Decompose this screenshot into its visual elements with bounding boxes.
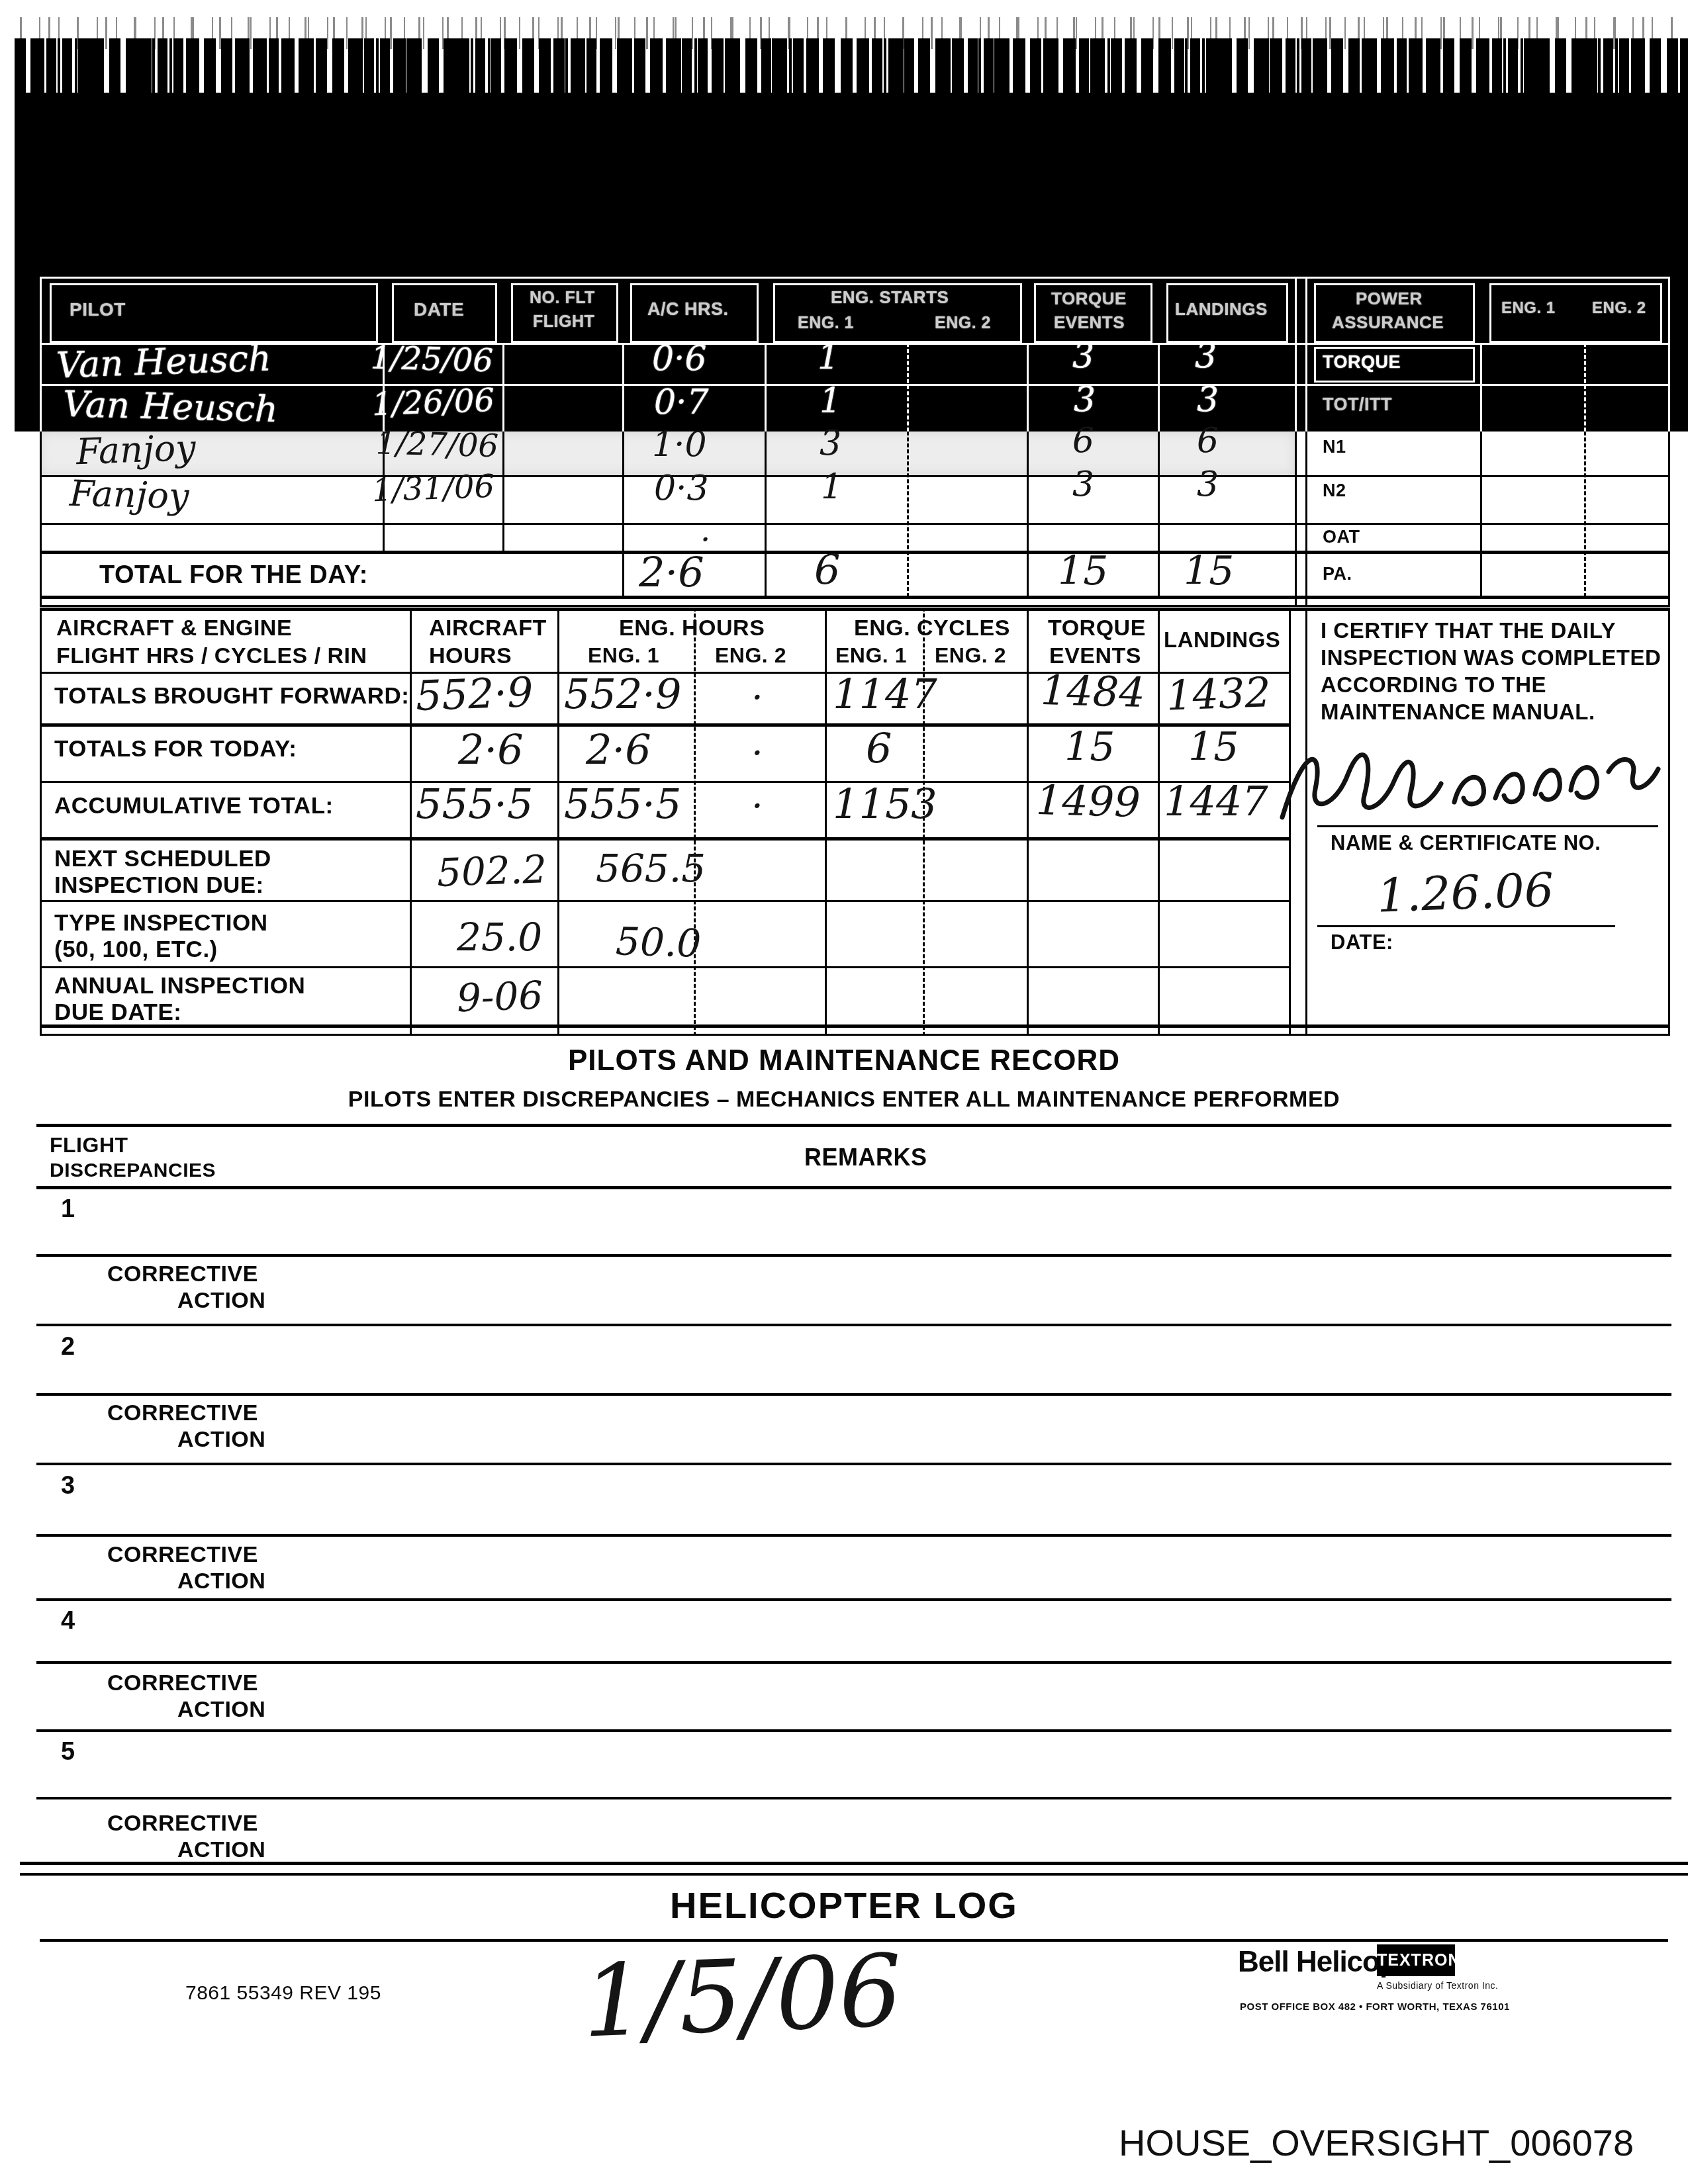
row-line	[36, 1393, 1671, 1396]
type-inspection-aircraft: 25.0	[457, 915, 542, 960]
grid-line	[40, 608, 42, 1036]
grid-line	[40, 1024, 1668, 1028]
row-line	[36, 1254, 1671, 1257]
next-inspection-eng1: 565.5	[596, 846, 706, 891]
name-certificate-label: NAME & CERTIFICATE NO.	[1331, 831, 1601, 855]
grid-line	[1027, 608, 1029, 1036]
col-pilot-label: PILOT	[70, 299, 126, 320]
discrepancy-number: 4	[61, 1607, 75, 1635]
next-inspection-label-1: NEXT SCHEDULED	[54, 846, 271, 872]
type-inspection-label-2: (50, 100, ETC.)	[54, 936, 218, 963]
grid-line	[1158, 343, 1160, 432]
grid-line	[1027, 432, 1029, 597]
name-signature-line	[1317, 825, 1658, 827]
brought-forward-label: TOTALS BROUGHT FORWARD:	[54, 683, 409, 709]
pa-row-n2: N2	[1323, 480, 1346, 501]
summary-engcycles-eng1: ENG. 1	[835, 643, 907, 668]
torque-entry: 3	[1072, 336, 1094, 376]
section-double-line	[20, 1873, 1688, 1876]
grid-line	[40, 523, 1668, 525]
row-line	[36, 1534, 1671, 1537]
grid-line-dashed	[1584, 343, 1586, 432]
pilot-entry: Fanjoy	[69, 473, 189, 518]
grid-line	[40, 1034, 1668, 1036]
date-entry: 1/31/06	[371, 468, 495, 509]
grid-line	[622, 432, 624, 597]
corrective-action-label-2: ACTION	[177, 1427, 265, 1453]
col-fltno-label-2: FLIGHT	[533, 312, 594, 332]
today-cycles1: 6	[866, 724, 892, 772]
grid-line	[1158, 432, 1160, 597]
corrective-action-label-2: ACTION	[177, 1569, 265, 1594]
pilot-entry: Fanjoy	[75, 427, 197, 473]
certification-date-label: DATE:	[1331, 931, 1393, 954]
summary-enghours-eng1: ENG. 1	[588, 643, 659, 668]
row-line	[36, 1463, 1671, 1465]
torque-entry: 3	[1072, 465, 1094, 504]
grid-line	[502, 343, 504, 432]
row-line	[36, 1797, 1671, 1799]
grid-line-dashed	[1584, 432, 1586, 597]
summary-torque-label-2: EVENTS	[1049, 643, 1141, 669]
eng-starts-entry: 1	[821, 467, 843, 507]
col-right-eng1-label: ENG. 1	[1501, 299, 1556, 318]
bf-landings: 1432	[1166, 668, 1272, 719]
inspector-signature	[1274, 735, 1671, 831]
col-date-label: DATE	[414, 299, 464, 320]
summary-aircraft-label-2: HOURS	[429, 643, 512, 669]
grid-line	[1027, 343, 1029, 432]
today-label: TOTALS FOR TODAY:	[54, 736, 297, 762]
grid-line	[40, 608, 1668, 611]
col-torque-label-2: EVENTS	[1054, 312, 1125, 333]
pa-row-totitt: TOT/ITT	[1323, 394, 1392, 415]
discrepancy-number: 5	[61, 1738, 75, 1766]
maintenance-record-title: PILOTS AND MAINTENANCE RECORD	[0, 1044, 1688, 1077]
grid-line	[410, 608, 412, 1036]
grid-line	[40, 605, 1668, 607]
pa-row-torque: TORQUE	[1323, 352, 1401, 373]
ac-hrs-entry: 0·7	[654, 383, 709, 422]
summary-engcycles-label: ENG. CYCLES	[854, 615, 1010, 641]
landings-entry: 3	[1197, 465, 1219, 504]
discrepancy-number: 1	[61, 1195, 75, 1224]
grid-line	[825, 608, 827, 1036]
today-eng1: 2·6	[586, 725, 651, 774]
grid-line	[40, 432, 42, 607]
col-power-label-1: POWER	[1356, 289, 1423, 309]
acc-aircraft: 555·5	[416, 780, 534, 828]
grid-line	[40, 551, 1668, 554]
grid-line	[765, 432, 767, 597]
grid-line	[1295, 432, 1297, 607]
row-line	[36, 1661, 1671, 1664]
certification-statement: I CERTIFY THAT THE DAILY INSPECTION WAS …	[1321, 617, 1678, 725]
torque-entry: 3	[1074, 380, 1096, 420]
acc-landings: 1447	[1164, 777, 1268, 825]
date-entry: 1/27/06	[375, 425, 498, 465]
flight-discrepancies-header-1: FLIGHT	[50, 1133, 128, 1158]
helicopter-log-title: HELICOPTER LOG	[0, 1884, 1688, 1927]
summary-enghours-label: ENG. HOURS	[619, 615, 765, 641]
type-inspection-label-1: TYPE INSPECTION	[54, 910, 268, 936]
col-torque-label-1: TORQUE	[1051, 289, 1127, 309]
certification-date-entry: 1.26.06	[1376, 862, 1555, 923]
flight-discrepancies-header-2: DISCREPANCIES	[50, 1160, 216, 1182]
col-engstarts-eng2-label: ENG. 2	[935, 314, 991, 333]
eng-starts-entry: 1	[820, 381, 841, 421]
grid-line	[1480, 432, 1482, 597]
row-line	[36, 1186, 1671, 1189]
landings-entry: 3	[1197, 380, 1219, 420]
grid-line	[40, 900, 1289, 902]
row-line	[36, 1729, 1671, 1732]
landings-entry: 3	[1195, 336, 1217, 376]
col-engstarts-label: ENG. STARTS	[831, 287, 949, 308]
corrective-action-label-1: CORRECTIVE	[107, 1670, 258, 1696]
total-engstarts-entry: 6	[814, 545, 840, 594]
bf-eng1: 552·9	[564, 670, 682, 718]
total-achrs-entry: 2·6	[639, 548, 704, 596]
next-inspection-label-2: INSPECTION DUE:	[54, 872, 264, 899]
pilot-entry: Van Heusch	[56, 337, 272, 386]
landings-entry: 6	[1197, 421, 1219, 461]
scanned-helicopter-log-page: PILOT DATE NO. FLT FLIGHT A/C HRS. ENG. …	[0, 0, 1688, 2184]
today-aircraft: 2·6	[458, 725, 524, 774]
grid-line	[557, 608, 559, 1036]
corrective-action-label-1: CORRECTIVE	[107, 1400, 258, 1426]
corrective-action-label-1: CORRECTIVE	[107, 1811, 258, 1837]
bf-aircraft: 552·9	[415, 668, 534, 720]
acc-eng2: ·	[751, 785, 763, 828]
summary-engcycles-eng2: ENG. 2	[935, 643, 1006, 668]
annual-inspection-label-1: ANNUAL INSPECTION	[54, 973, 305, 999]
type-inspection-eng1: 50.0	[615, 919, 702, 966]
grid-line	[40, 277, 42, 432]
corrective-action-label-2: ACTION	[177, 1837, 265, 1863]
handwritten-date: 1/5/06	[581, 1934, 904, 2060]
grid-line	[1668, 432, 1670, 607]
summary-enghours-eng2: ENG. 2	[715, 643, 786, 668]
grid-line	[1480, 343, 1482, 432]
date-entry: 1/25/06	[370, 340, 493, 380]
ac-hrs-entry: 0·6	[652, 339, 707, 379]
col-landings-label: LANDINGS	[1175, 299, 1268, 320]
grid-line	[40, 966, 1289, 968]
total-landings-entry: 15	[1184, 548, 1234, 594]
grid-line	[622, 343, 624, 432]
summary-col1-label-2: FLIGHT HRS / CYCLES / RIN	[56, 643, 367, 669]
annual-inspection-aircraft: 9-06	[456, 973, 544, 1021]
summary-aircraft-label-1: AIRCRAFT	[429, 615, 547, 641]
acc-torque: 1499	[1035, 776, 1141, 827]
section-double-line	[20, 1862, 1688, 1865]
grid-line	[1295, 277, 1297, 432]
textron-logo: TEXTRON	[1377, 1944, 1455, 1976]
next-inspection-aircraft: 502.2	[436, 846, 547, 895]
summary-torque-label-1: TORQUE	[1048, 615, 1146, 641]
grid-line	[40, 596, 1668, 599]
eng-starts-entry: 1	[818, 338, 839, 377]
grid-line	[40, 837, 1289, 841]
grid-line	[40, 475, 1668, 477]
total-day-label: TOTAL FOR THE DAY:	[99, 561, 368, 590]
date-entry: 1/26/06	[371, 382, 495, 423]
bf-torque: 1484	[1040, 666, 1146, 717]
acc-cycles1: 1153	[833, 780, 937, 828]
torque-entry: 6	[1072, 421, 1094, 461]
bf-cycles1: 1147	[833, 670, 937, 718]
bf-eng2: ·	[751, 676, 763, 719]
pa-row-oat: OAT	[1323, 527, 1360, 547]
col-fltno-label-1: NO. FLT	[530, 289, 595, 308]
remarks-header: REMARKS	[804, 1144, 927, 1171]
grid-line	[40, 343, 1668, 345]
corrective-action-label-2: ACTION	[177, 1288, 265, 1314]
grid-line-dashed	[907, 343, 909, 432]
ac-hrs-entry: 1·0	[652, 425, 707, 465]
grid-line	[502, 432, 504, 551]
col-power-label-2: ASSURANCE	[1332, 312, 1444, 333]
document-id: HOUSE_OVERSIGHT_006078	[1119, 2121, 1634, 2164]
grid-line-dashed	[907, 432, 909, 597]
corrective-action-label-2: ACTION	[177, 1697, 265, 1723]
discrepancy-number: 3	[61, 1472, 75, 1500]
col-right-eng2-label: ENG. 2	[1592, 299, 1646, 318]
pilot-entry: Van Heusch	[62, 383, 278, 430]
date-line	[1317, 925, 1615, 927]
grid-line	[1158, 608, 1160, 1036]
grid-line	[765, 343, 767, 432]
discrepancy-number: 2	[61, 1333, 75, 1361]
ac-hrs-entry: 0·3	[654, 469, 709, 508]
total-torque-entry: 15	[1058, 548, 1108, 594]
bell-address-line: POST OFFICE BOX 482 • FORT WORTH, TEXAS …	[1240, 2001, 1510, 2013]
col-achrs-label: A/C HRS.	[647, 299, 729, 320]
today-landings: 15	[1188, 724, 1239, 770]
col-engstarts-eng1-label: ENG. 1	[798, 314, 854, 333]
corrective-action-label-1: CORRECTIVE	[107, 1542, 258, 1568]
pa-row-n1: N1	[1323, 437, 1346, 457]
pa-row-pa: PA.	[1323, 564, 1352, 584]
today-eng2: ·	[751, 732, 763, 775]
form-number: 7861 55349 REV 195	[185, 1982, 381, 2005]
grid-line	[1668, 277, 1670, 432]
grid-line	[40, 384, 1668, 386]
summary-col1-label-1: AIRCRAFT & ENGINE	[56, 615, 292, 641]
corrective-action-label-1: CORRECTIVE	[107, 1261, 258, 1287]
today-torque: 15	[1064, 724, 1115, 770]
eng-starts-entry: 3	[820, 424, 841, 463]
grid-line	[1305, 432, 1307, 607]
row-line	[36, 1598, 1671, 1601]
section-line	[36, 1124, 1671, 1127]
accumulative-label: ACCUMULATIVE TOTAL:	[54, 793, 334, 819]
grid-line-dashed	[694, 608, 696, 1036]
textron-subsidiary-line: A Subsidiary of Textron Inc.	[1377, 1980, 1498, 1991]
grid-line	[1305, 277, 1307, 432]
annual-inspection-label-2: DUE DATE:	[54, 999, 181, 1026]
row-line	[36, 1324, 1671, 1326]
grid-line	[40, 277, 1668, 279]
maintenance-record-subtitle: PILOTS ENTER DISCREPANCIES – MECHANICS E…	[0, 1087, 1688, 1113]
summary-landings-label: LANDINGS	[1164, 627, 1280, 653]
acc-eng1: 555·5	[564, 780, 682, 828]
